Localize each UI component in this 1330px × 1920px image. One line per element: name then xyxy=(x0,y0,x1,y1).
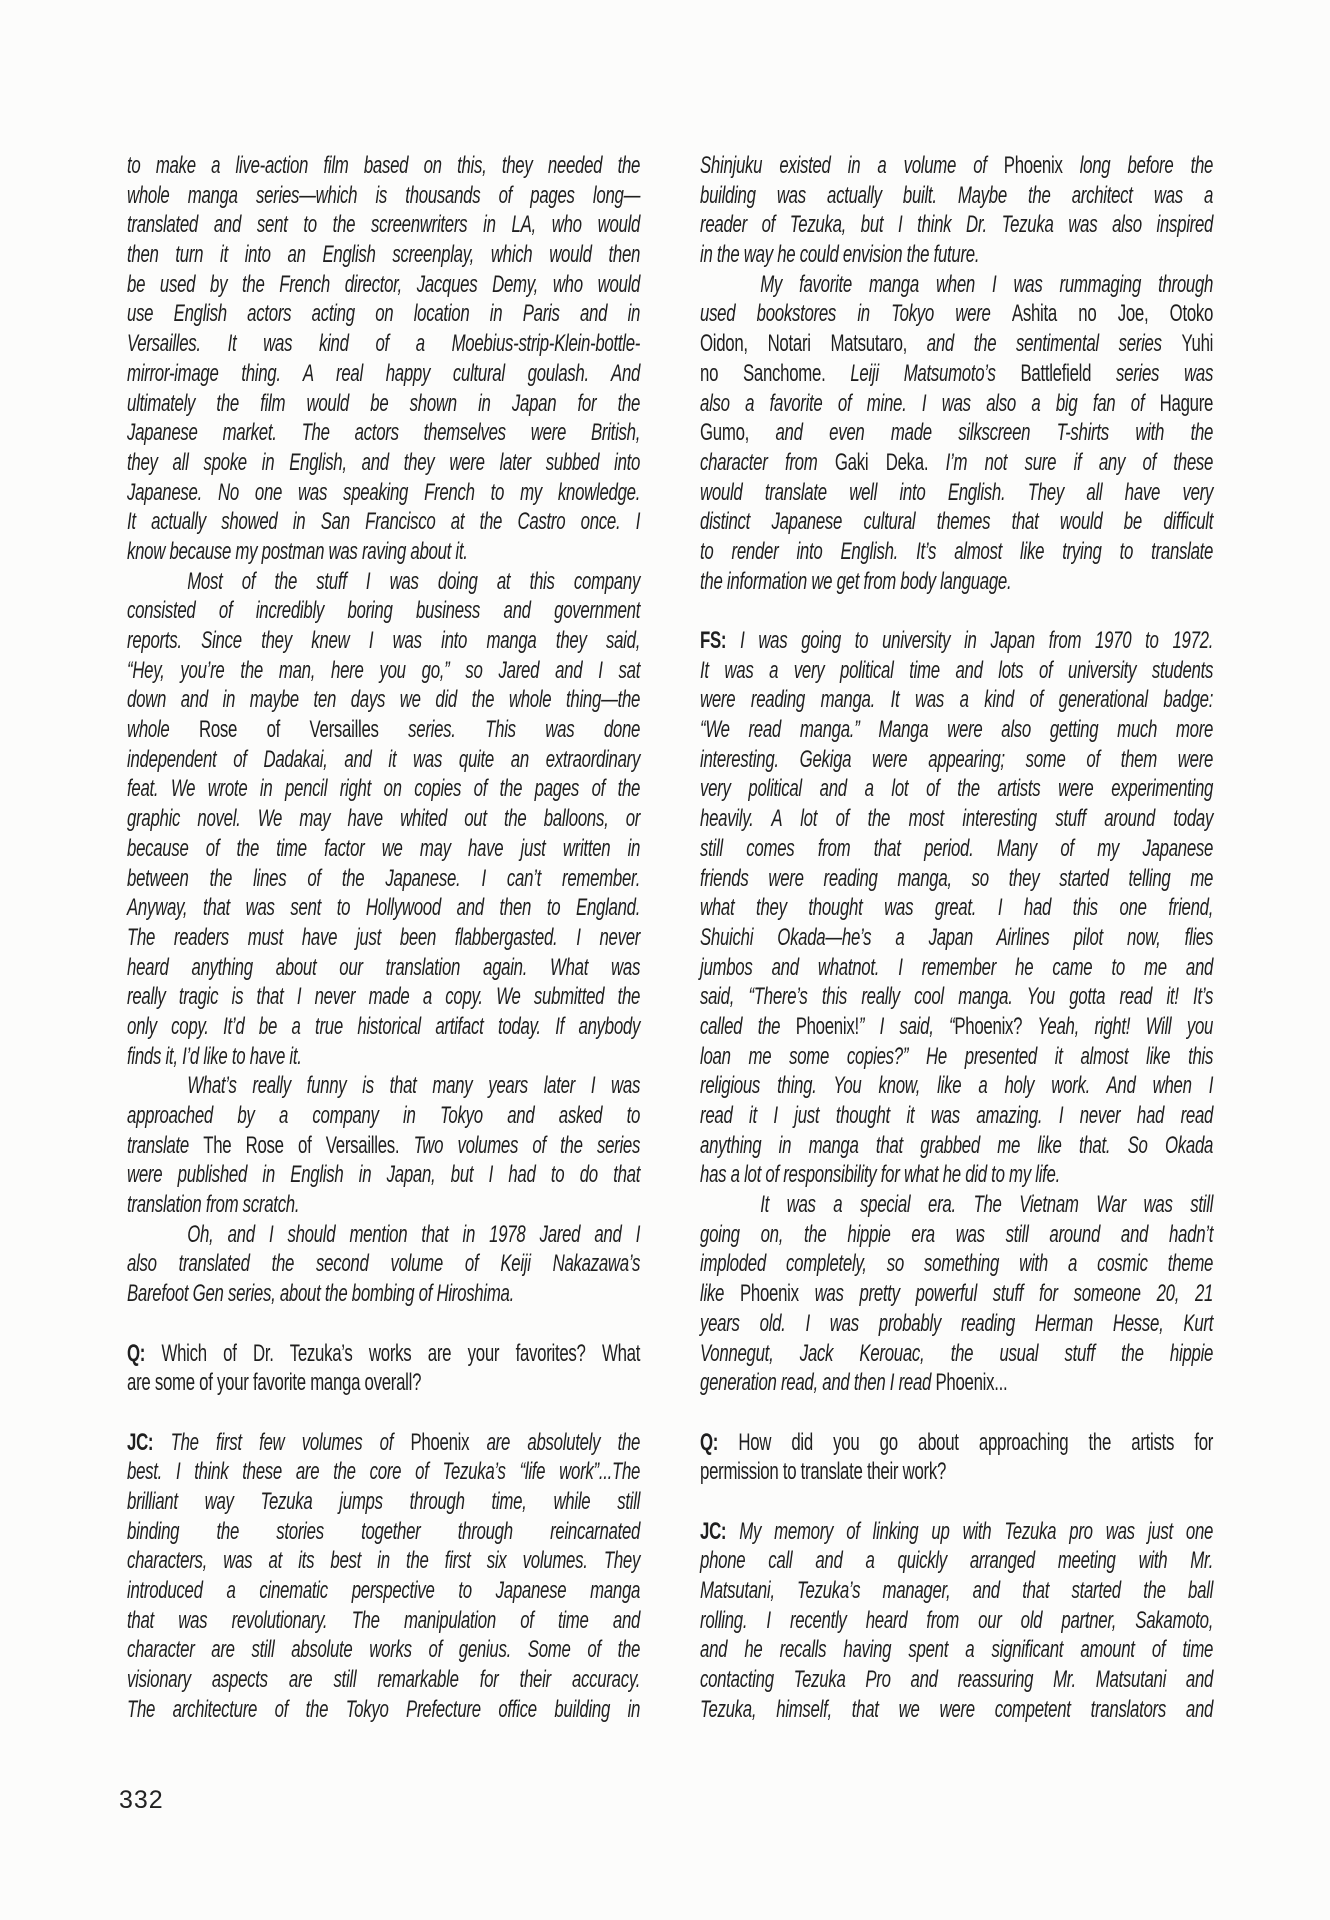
text-line: My favorite manga when I was rummaging t… xyxy=(700,270,1213,300)
text-line: interesting. Gekiga were appearing; some… xyxy=(700,745,1213,775)
text-run: My memory of linking up with Tezuka pro … xyxy=(726,1518,1213,1545)
text-line: “We read manga.” Manga were also getting… xyxy=(700,715,1213,745)
text-line: Most of the stuff I was doing at this co… xyxy=(127,567,640,597)
text-run: ultimately the film would be shown in Ja… xyxy=(127,390,640,417)
text-run: Q: xyxy=(700,1429,718,1456)
text-run: going on, the hippie era was still aroun… xyxy=(700,1221,1213,1248)
text-line: that was revolutionary. The manipulation… xyxy=(127,1606,640,1636)
text-line: The architecture of the Tokyo Prefecture… xyxy=(127,1695,640,1725)
text-run: permission to translate their work? xyxy=(700,1458,946,1485)
text-line: the information we get from body languag… xyxy=(700,567,1213,597)
text-line: Shinjuku existed in a volume of Phoenix … xyxy=(700,151,1213,181)
text-run: best. I think these are the core of Tezu… xyxy=(127,1458,640,1485)
text-line: Vonnegut, Jack Kerouac, the usual stuff … xyxy=(700,1339,1213,1369)
text-line: used bookstores in Tokyo were Ashita no … xyxy=(700,299,1213,329)
blank-line xyxy=(127,1309,640,1339)
text-run: Hagure xyxy=(1160,390,1213,417)
text-line: are some of your favorite manga overall? xyxy=(127,1368,640,1398)
page-number: 332 xyxy=(119,1786,164,1815)
text-run: JC: xyxy=(127,1429,153,1456)
text-line: Shuichi Okada—he’s a Japan Airlines pilo… xyxy=(700,923,1213,953)
text-run: the information we get from body languag… xyxy=(700,568,1011,595)
text-line: Versailles. It was kind of a Moebius-str… xyxy=(127,329,640,359)
text-run: Vonnegut, Jack Kerouac, the usual stuff … xyxy=(700,1340,1213,1367)
text-run: used bookstores in Tokyo were xyxy=(700,300,1012,327)
text-line: whole manga series—which is thousands of… xyxy=(127,181,640,211)
text-line: has a lot of responsibility for what he … xyxy=(700,1160,1213,1190)
text-line: only copy. It’d be a true historical art… xyxy=(127,1012,640,1042)
text-line: character from Gaki Deka. I’m not sure i… xyxy=(700,448,1213,478)
text-line: reports. Since they knew I was into mang… xyxy=(127,626,640,656)
text-column-right: Shinjuku existed in a volume of Phoenix … xyxy=(700,151,1213,1724)
text-run: said, “There’s this really cool manga. Y… xyxy=(700,983,1213,1010)
text-line: very political and a lot of the artists … xyxy=(700,774,1213,804)
text-line: between the lines of the Japanese. I can… xyxy=(127,864,640,894)
text-run: The first few volumes of xyxy=(153,1429,410,1456)
text-run: Yuhi xyxy=(1182,330,1214,357)
text-run: reader of Tezuka, but I think Dr. Tezuka… xyxy=(700,211,1213,238)
text-run: that was revolutionary. The manipulation… xyxy=(127,1607,640,1634)
text-line: read it I just thought it was amazing. I… xyxy=(700,1101,1213,1131)
text-run: would translate well into English. They … xyxy=(700,479,1213,506)
text-line: reader of Tezuka, but I think Dr. Tezuka… xyxy=(700,210,1213,240)
text-line: jumbos and whatnot. I remember he came t… xyxy=(700,953,1213,983)
text-run: years old. I was probably reading Herman… xyxy=(700,1310,1213,1337)
text-run: rolling. I recently heard from our old p… xyxy=(700,1607,1213,1634)
text-line: religious thing. You know, like a holy w… xyxy=(700,1071,1213,1101)
text-line: would translate well into English. They … xyxy=(700,478,1213,508)
text-run: It was a special era. The Vietnam War wa… xyxy=(760,1191,1213,1218)
text-run: Japanese. No one was speaking French to … xyxy=(127,479,640,506)
text-run: Phoenix... xyxy=(935,1369,1007,1396)
text-run: character are still absolute works of ge… xyxy=(127,1636,640,1663)
text-line: best. I think these are the core of Tezu… xyxy=(127,1457,640,1487)
text-run: has a lot of responsibility for what he … xyxy=(700,1161,1060,1188)
text-run: series. This was done xyxy=(379,716,640,743)
text-run: My favorite manga when I was rummaging t… xyxy=(760,271,1213,298)
text-run: heard anything about our translation aga… xyxy=(127,954,640,981)
text-run: and even made silkscreen T-shirts with t… xyxy=(749,419,1213,446)
text-line: characters, was at its best in the first… xyxy=(127,1546,640,1576)
text-run: also translated the second volume of Kei… xyxy=(127,1250,640,1277)
text-run: mirror-image thing. A real happy cultura… xyxy=(127,360,640,387)
text-line: use English actors acting on location in… xyxy=(127,299,640,329)
text-run: were published in English in Japan, but … xyxy=(127,1161,640,1188)
text-line: character are still absolute works of ge… xyxy=(127,1635,640,1665)
text-line: to render into English. It’s almost like… xyxy=(700,537,1213,567)
text-line: whole Rose of Versailles series. This wa… xyxy=(127,715,640,745)
text-line: years old. I was probably reading Herman… xyxy=(700,1309,1213,1339)
text-run: “Hey, you’re the man, here you go,” so J… xyxy=(127,657,640,684)
text-line: building was actually built. Maybe the a… xyxy=(700,181,1213,211)
text-run: ” I said, “ xyxy=(859,1013,955,1040)
text-line: ultimately the film would be shown in Ja… xyxy=(127,389,640,419)
text-line: were reading manga. It was a kind of gen… xyxy=(700,685,1213,715)
text-line: rolling. I recently heard from our old p… xyxy=(700,1606,1213,1636)
text-run: are some of your favorite manga overall? xyxy=(127,1369,421,1396)
text-run: Q: xyxy=(127,1340,145,1367)
text-line: The readers must have just been flabberg… xyxy=(127,923,640,953)
text-column-left: to make a live-action film based on this… xyxy=(127,151,640,1724)
text-line: really tragic is that I never made a cop… xyxy=(127,982,640,1012)
text-run: Two volumes of the series xyxy=(399,1132,640,1159)
text-line: approached by a company in Tokyo and ask… xyxy=(127,1101,640,1131)
text-run: How did you go about approaching the art… xyxy=(718,1429,1213,1456)
text-line: Oh, and I should mention that in 1978 Ja… xyxy=(127,1220,640,1250)
text-run: Phoenix xyxy=(410,1429,469,1456)
text-line: loan me some copies?” He presented it al… xyxy=(700,1042,1213,1072)
text-run: Phoenix? xyxy=(954,1013,1022,1040)
text-run: characters, was at its best in the first… xyxy=(127,1547,640,1574)
text-line: Japanese. No one was speaking French to … xyxy=(127,478,640,508)
text-line: Oidon, Notari Matsutaro, and the sentime… xyxy=(700,329,1213,359)
text-run: to make a live-action film based on this… xyxy=(127,152,640,179)
text-line: friends were reading manga, so they star… xyxy=(700,864,1213,894)
text-run: are absolutely the xyxy=(469,1429,640,1456)
text-line: also a favorite of mine. I was also a bi… xyxy=(700,389,1213,419)
text-run: independent of Dadakai, and it was quite… xyxy=(127,746,640,773)
text-line: heard anything about our translation aga… xyxy=(127,953,640,983)
text-run: generation read, and then I read xyxy=(700,1369,935,1396)
text-line: were published in English in Japan, but … xyxy=(127,1160,640,1190)
text-run: still comes from that period. Many of my… xyxy=(700,835,1213,862)
text-line: It actually showed in San Francisco at t… xyxy=(127,507,640,537)
text-line: also translated the second volume of Kei… xyxy=(127,1249,640,1279)
text-line: because of the time factor we may have j… xyxy=(127,834,640,864)
text-line: said, “There’s this really cool manga. Y… xyxy=(700,982,1213,1012)
text-line: finds it, I’d like to have it. xyxy=(127,1042,640,1072)
text-run: Gumo, xyxy=(700,419,749,446)
text-run: friends were reading manga, so they star… xyxy=(700,865,1213,892)
text-line: still comes from that period. Many of my… xyxy=(700,834,1213,864)
text-line: no Sanchome. Leiji Matsumoto’s Battlefie… xyxy=(700,359,1213,389)
blank-line xyxy=(700,596,1213,626)
text-run: Tezuka, himself, that we were competent … xyxy=(700,1696,1213,1723)
text-run: whole xyxy=(127,716,199,743)
text-line: permission to translate their work? xyxy=(700,1457,1213,1487)
text-line: What’s really funny is that many years l… xyxy=(127,1071,640,1101)
text-run: translated and sent to the screenwriters… xyxy=(127,211,640,238)
text-run: visionary aspects are still remarkable f… xyxy=(127,1666,640,1693)
text-run: I’m not sure if any of these xyxy=(928,449,1213,476)
text-line: what they thought was great. I had this … xyxy=(700,893,1213,923)
text-line: contacting Tezuka Pro and reassuring Mr.… xyxy=(700,1665,1213,1695)
text-line: Japanese market. The actors themselves w… xyxy=(127,418,640,448)
text-run: FS: xyxy=(700,627,726,654)
text-run: finds it, I’d like to have it. xyxy=(127,1043,302,1070)
text-run: I was going to university in Japan from … xyxy=(726,627,1213,654)
text-run: feat. We wrote in pencil right on copies… xyxy=(127,775,640,802)
text-line: mirror-image thing. A real happy cultura… xyxy=(127,359,640,389)
text-line: FS: I was going to university in Japan f… xyxy=(700,626,1213,656)
text-run: long before the xyxy=(1063,152,1214,179)
text-run: jumbos and whatnot. I remember he came t… xyxy=(700,954,1213,981)
text-line: heavily. A lot of the most interesting s… xyxy=(700,804,1213,834)
text-line: independent of Dadakai, and it was quite… xyxy=(127,745,640,775)
text-line: “Hey, you’re the man, here you go,” so J… xyxy=(127,656,640,686)
text-run: It actually showed in San Francisco at t… xyxy=(127,508,640,535)
text-run: The Rose of Versailles. xyxy=(203,1132,399,1159)
text-run: they all spoke in English, and they were… xyxy=(127,449,640,476)
text-line: in the way he could envision the future. xyxy=(700,240,1213,270)
text-run: whole manga series—which is thousands of… xyxy=(127,182,640,209)
text-run: Anyway, that was sent to Hollywood and t… xyxy=(127,894,640,921)
text-run: The architecture of the Tokyo Prefecture… xyxy=(127,1696,640,1723)
text-line: be used by the French director, Jacques … xyxy=(127,270,640,300)
text-run: translation from scratch. xyxy=(127,1191,299,1218)
text-line: distinct Japanese cultural themes that w… xyxy=(700,507,1213,537)
text-run: only copy. It’d be a true historical art… xyxy=(127,1013,640,1040)
text-line: generation read, and then I read Phoenix… xyxy=(700,1368,1213,1398)
text-run: called the xyxy=(700,1013,796,1040)
text-line: Q: Which of Dr. Tezuka’s works are your … xyxy=(127,1339,640,1369)
text-run: contacting Tezuka Pro and reassuring Mr.… xyxy=(700,1666,1213,1693)
text-run: Shinjuku existed in a volume of xyxy=(700,152,1004,179)
text-line: phone call and a quickly arranged meetin… xyxy=(700,1546,1213,1576)
text-run: interesting. Gekiga were appearing; some… xyxy=(700,746,1213,773)
text-run: brilliant way Tezuka jumps through time,… xyxy=(127,1488,640,1515)
text-run: Phoenix xyxy=(1004,152,1063,179)
text-line: know because my postman was raving about… xyxy=(127,537,640,567)
blank-line xyxy=(700,1398,1213,1428)
text-run: JC: xyxy=(700,1518,726,1545)
text-run: reports. Since they knew I was into mang… xyxy=(127,627,640,654)
text-line: Q: How did you go about approaching the … xyxy=(700,1428,1213,1458)
text-run: really tragic is that I never made a cop… xyxy=(127,983,640,1010)
text-run: Oidon, Notari Matsutaro, xyxy=(700,330,907,357)
text-line: Matsutani, Tezuka’s manager, and that st… xyxy=(700,1576,1213,1606)
text-run: building was actually built. Maybe the a… xyxy=(700,182,1213,209)
text-line: imploded completely, so something with a… xyxy=(700,1249,1213,1279)
text-line: JC: My memory of linking up with Tezuka … xyxy=(700,1517,1213,1547)
text-run: read it I just thought it was amazing. I… xyxy=(700,1102,1213,1129)
text-line: translate The Rose of Versailles. Two vo… xyxy=(127,1131,640,1161)
text-run: to render into English. It’s almost like… xyxy=(700,538,1213,565)
text-run: were reading manga. It was a kind of gen… xyxy=(700,686,1213,713)
text-run: It was a very political time and lots of… xyxy=(700,657,1213,684)
book-page: to make a live-action film based on this… xyxy=(0,0,1330,1920)
text-run: character from xyxy=(700,449,835,476)
text-run: Ashita no Joe, Otoko xyxy=(1012,300,1213,327)
text-run: heavily. A lot of the most interesting s… xyxy=(700,805,1213,832)
text-run: Rose of Versailles xyxy=(199,716,379,743)
text-run: Shuichi Okada—he’s a Japan Airlines pilo… xyxy=(700,924,1213,951)
blank-line xyxy=(127,1398,640,1428)
text-run: distinct Japanese cultural themes that w… xyxy=(700,508,1213,535)
text-run: then turn it into an English screenplay,… xyxy=(127,241,640,268)
text-line: brilliant way Tezuka jumps through time,… xyxy=(127,1487,640,1517)
text-run: use English actors acting on location in… xyxy=(127,300,640,327)
text-line: anything in manga that grabbed me like t… xyxy=(700,1131,1213,1161)
text-run: graphic novel. We may have whited out th… xyxy=(127,805,640,832)
text-line: visionary aspects are still remarkable f… xyxy=(127,1665,640,1695)
text-run: what they thought was great. I had this … xyxy=(700,894,1213,921)
text-run: Battlefield xyxy=(1020,360,1091,387)
text-run: Oh, and I should mention that in 1978 Ja… xyxy=(187,1221,640,1248)
text-line: introduced a cinematic perspective to Ja… xyxy=(127,1576,640,1606)
text-line: feat. We wrote in pencil right on copies… xyxy=(127,774,640,804)
text-line: called the Phoenix!” I said, “Phoenix? Y… xyxy=(700,1012,1213,1042)
text-run: and the sentimental series xyxy=(907,330,1181,357)
text-run: because of the time factor we may have j… xyxy=(127,835,640,862)
text-line: to make a live-action film based on this… xyxy=(127,151,640,181)
text-run: approached by a company in Tokyo and ask… xyxy=(127,1102,640,1129)
text-run: Phoenix xyxy=(740,1280,799,1307)
blank-line xyxy=(700,1487,1213,1517)
text-line: Tezuka, himself, that we were competent … xyxy=(700,1695,1213,1725)
text-line: consisted of incredibly boring business … xyxy=(127,596,640,626)
text-run: very political and a lot of the artists … xyxy=(700,775,1213,802)
text-line: graphic novel. We may have whited out th… xyxy=(127,804,640,834)
text-run: Most of the stuff I was doing at this co… xyxy=(187,568,640,595)
text-line: going on, the hippie era was still aroun… xyxy=(700,1220,1213,1250)
text-run: Barefoot Gen series, about the bombing o… xyxy=(127,1280,514,1307)
text-line: translated and sent to the screenwriters… xyxy=(127,210,640,240)
text-run: down and in maybe ten days we did the wh… xyxy=(127,686,640,713)
text-line: Gumo, and even made silkscreen T-shirts … xyxy=(700,418,1213,448)
text-run: loan me some copies?” He presented it al… xyxy=(700,1043,1213,1070)
text-run: anything in manga that grabbed me like t… xyxy=(700,1132,1213,1159)
text-run: “We read manga.” Manga were also getting… xyxy=(700,716,1213,743)
text-run: series was xyxy=(1091,360,1213,387)
text-run: introduced a cinematic perspective to Ja… xyxy=(127,1577,640,1604)
text-run: also a favorite of mine. I was also a bi… xyxy=(700,390,1160,417)
text-line: Barefoot Gen series, about the bombing o… xyxy=(127,1279,640,1309)
text-run: be used by the French director, Jacques … xyxy=(127,271,640,298)
text-run: religious thing. You know, like a holy w… xyxy=(700,1072,1213,1099)
text-run: imploded completely, so something with a… xyxy=(700,1250,1213,1277)
text-run: Matsutani, Tezuka’s manager, and that st… xyxy=(700,1577,1213,1604)
text-line: down and in maybe ten days we did the wh… xyxy=(127,685,640,715)
text-run: Versailles. It was kind of a Moebius-str… xyxy=(127,330,640,357)
text-run: Which of Dr. Tezuka’s works are your fav… xyxy=(145,1340,640,1367)
text-run: Yeah, right! Will you xyxy=(1022,1013,1213,1040)
text-line: translation from scratch. xyxy=(127,1190,640,1220)
text-run: between the lines of the Japanese. I can… xyxy=(127,865,640,892)
text-line: then turn it into an English screenplay,… xyxy=(127,240,640,270)
text-line: It was a special era. The Vietnam War wa… xyxy=(700,1190,1213,1220)
text-run: Leiji Matsumoto’s xyxy=(825,360,1020,387)
text-line: they all spoke in English, and they were… xyxy=(127,448,640,478)
text-run: in the way he could envision the future. xyxy=(700,241,979,268)
text-run: and he recalls having spent a significan… xyxy=(700,1636,1213,1663)
text-line: It was a very political time and lots of… xyxy=(700,656,1213,686)
text-run: Gaki Deka. xyxy=(835,449,928,476)
text-line: Anyway, that was sent to Hollywood and t… xyxy=(127,893,640,923)
text-line: like Phoenix was pretty powerful stuff f… xyxy=(700,1279,1213,1309)
text-run: Phoenix! xyxy=(796,1013,859,1040)
text-run: The readers must have just been flabberg… xyxy=(127,924,640,951)
text-run: like xyxy=(700,1280,740,1307)
text-line: and he recalls having spent a significan… xyxy=(700,1635,1213,1665)
text-run: was pretty powerful stuff for someone 20… xyxy=(799,1280,1213,1307)
text-run: binding the stories together through rei… xyxy=(127,1518,640,1545)
text-line: JC: The first few volumes of Phoenix are… xyxy=(127,1428,640,1458)
text-run: What’s really funny is that many years l… xyxy=(187,1072,640,1099)
text-run: know because my postman was raving about… xyxy=(127,538,468,565)
text-line: binding the stories together through rei… xyxy=(127,1517,640,1547)
text-run: Japanese market. The actors themselves w… xyxy=(127,419,640,446)
text-run: translate xyxy=(127,1132,203,1159)
text-run: no Sanchome. xyxy=(700,360,825,387)
text-run: consisted of incredibly boring business … xyxy=(127,597,640,624)
text-run: phone call and a quickly arranged meetin… xyxy=(700,1547,1213,1574)
